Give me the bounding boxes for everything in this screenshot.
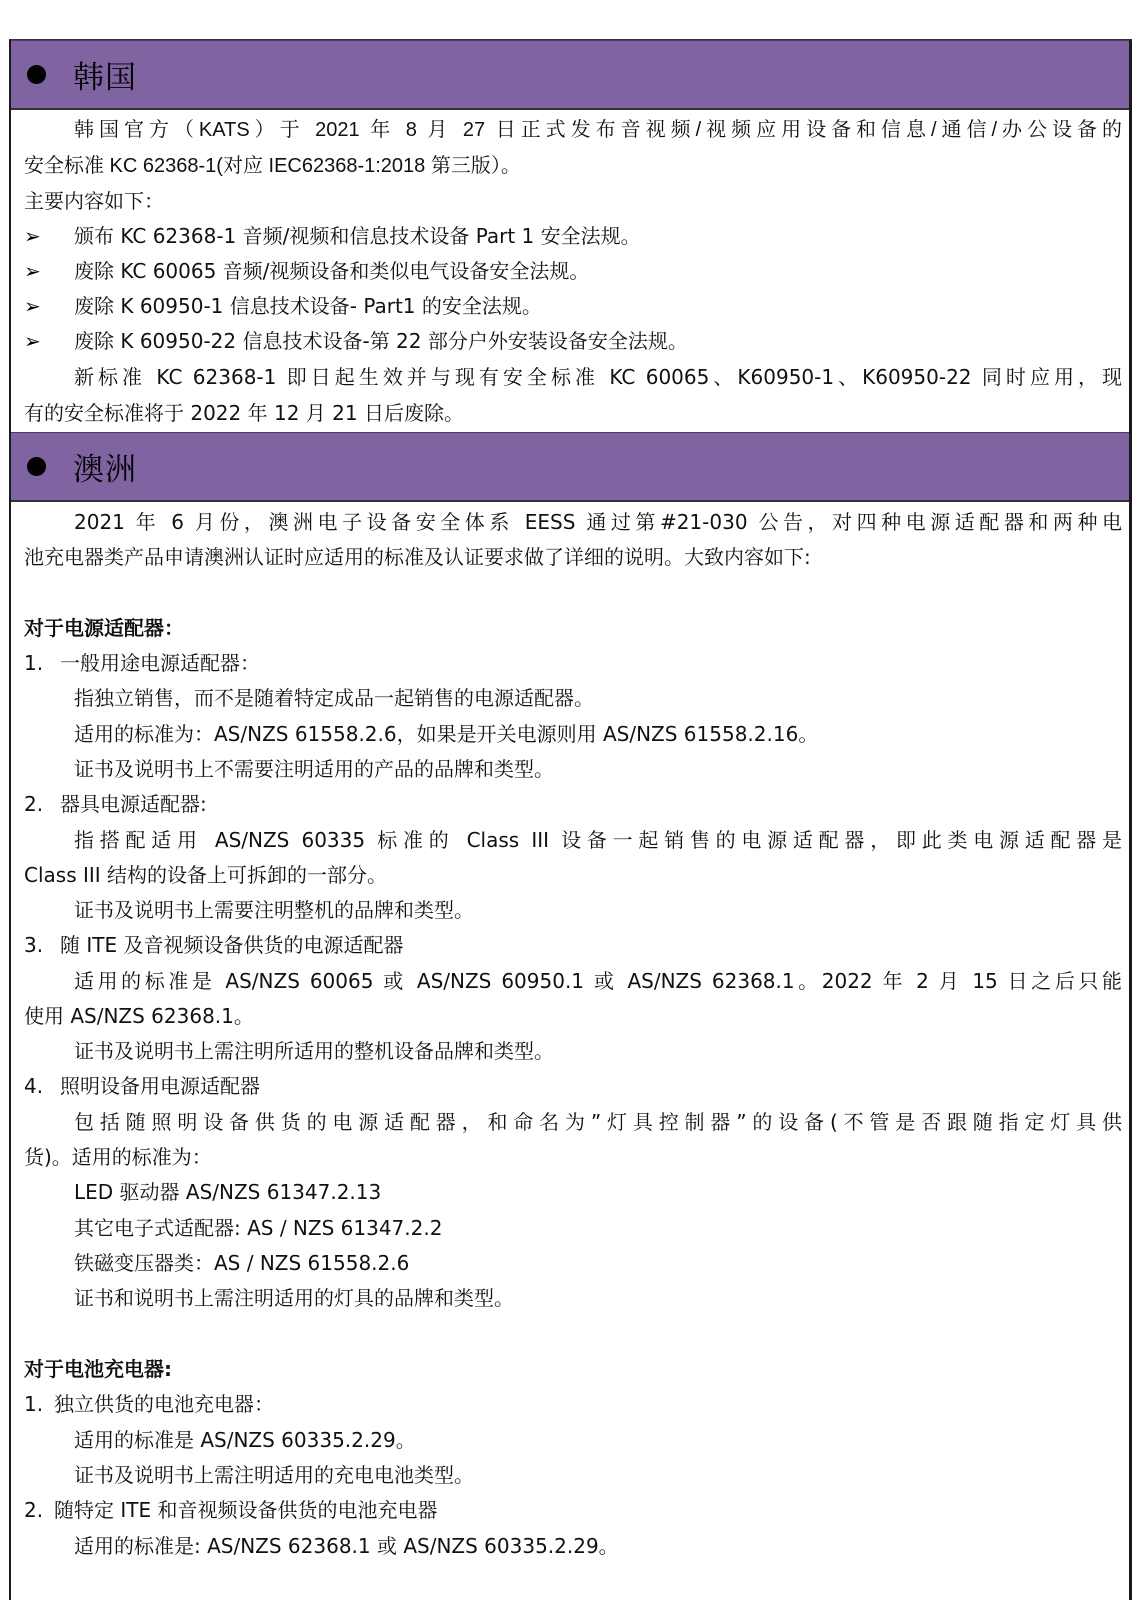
list-item-line: 适用的标准为：AS/NZS 61558.2.6，如果是开关电源则用 AS/NZS…: [74, 720, 818, 748]
list-item-line: 其它电子式适配器: AS / NZS 61347.2.2: [74, 1214, 442, 1242]
paragraph-line: 安全标准 KC 62368-1(对应 IEC62368-1:2018 第三版）。: [24, 152, 521, 180]
list-item-title: 照明设备用电源适配器: [60, 1072, 260, 1100]
list-item-title: 随 ITE 及音视频设备供货的电源适配器: [60, 931, 403, 959]
list-item-line: 证书和说明书上需注明适用的灯具的品牌和类型。: [74, 1284, 514, 1312]
bullet-item: 颁布 KC 62368-1 音频/视频和信息技术设备 Part 1 安全法规。: [74, 222, 641, 250]
list-item-line: 适用的标准是 AS/NZS 60065 或 AS/NZS 60950.1 或 A…: [74, 967, 1122, 995]
subsection-heading: 对于电池充电器:: [24, 1355, 172, 1383]
section-header-australia: 澳洲: [11, 432, 1129, 502]
list-item-line: 证书及说明书上需要注明整机的品牌和类型。: [74, 896, 474, 924]
subsection-heading: 对于电源适配器：: [24, 614, 184, 642]
list-item-line: 适用的标准是 AS/NZS 60335.2.29。: [74, 1426, 416, 1454]
list-item-title: 器具电源适配器:: [60, 790, 207, 818]
list-number: 1.: [24, 649, 43, 677]
paragraph-line: 2021 年 6 月份，澳洲电子设备安全体系 EESS 通过第#21-030 公…: [74, 508, 1122, 536]
list-item-line: 证书及说明书上需注明适用的充电电池类型。: [74, 1461, 474, 1489]
list-item-title: 独立供货的电池充电器：: [54, 1390, 274, 1418]
list-number: 1.: [24, 1390, 43, 1418]
list-item-line: Class III 结构的设备上可拆卸的一部分。: [24, 861, 387, 889]
list-item-title: 随特定 ITE 和音视频设备供货的电池充电器: [54, 1496, 437, 1524]
bullet-item: 废除 K 60950-22 信息技术设备-第 22 部分户外安装设备安全法规。: [74, 327, 688, 355]
list-item-line: 证书及说明书上需注明所适用的整机设备品牌和类型。: [74, 1037, 554, 1065]
paragraph-line: 池充电器类产品申请澳洲认证时应适用的标准及认证要求做了详细的说明。大致内容如下:: [24, 543, 811, 571]
list-item-line: 适用的标准是: AS/NZS 62368.1 或 AS/NZS 60335.2.…: [74, 1532, 619, 1560]
list-item-line: 使用 AS/NZS 62368.1。: [24, 1002, 254, 1030]
paragraph-line: 新标准 KC 62368-1 即日起生效并与现有安全标准 KC 60065、K6…: [74, 363, 1122, 391]
list-item-line: 证书及说明书上不需要注明适用的产品的品牌和类型。: [74, 755, 554, 783]
bullet-item: 废除 K 60950-1 信息技术设备- Part1 的安全法规。: [74, 292, 542, 320]
list-number: 2.: [24, 790, 43, 818]
list-number: 3.: [24, 931, 43, 959]
paragraph-line: 韩国官方（KATS）于 2021 年 8 月 27 日正式发布音视频/视频应用设…: [74, 116, 1122, 144]
paragraph-lead: 主要内容如下：: [24, 187, 164, 215]
bullet-item: 废除 KC 60065 音频/视频设备和类似电气设备安全法规。: [74, 257, 589, 285]
list-item-line: 包括随照明设备供货的电源适配器，和命名为”灯具控制器”的设备(不管是否跟随指定灯…: [74, 1108, 1122, 1136]
section-title: 韩国: [73, 52, 137, 97]
list-item-line: 指搭配适用 AS/NZS 60335 标准的 Class III 设备一起销售的…: [74, 826, 1122, 854]
list-number: 4.: [24, 1072, 43, 1100]
arrow-bullet-icon: ➢: [24, 222, 41, 250]
list-item-line: 指独立销售，而不是随着特定成品一起销售的电源适配器。: [74, 684, 594, 712]
filled-circle-bullet-icon: [27, 457, 46, 476]
arrow-bullet-icon: ➢: [24, 292, 41, 320]
list-item-title: 一般用途电源适配器：: [60, 649, 260, 677]
arrow-bullet-icon: ➢: [24, 257, 41, 285]
arrow-bullet-icon: ➢: [24, 327, 41, 355]
list-item-line: 铁磁变压器类：AS / NZS 61558.2.6: [74, 1249, 409, 1277]
list-item-line: 货)。适用的标准为：: [24, 1143, 212, 1171]
section-header-korea: 韩国: [11, 40, 1129, 110]
filled-circle-bullet-icon: [27, 65, 46, 84]
list-item-line: LED 驱动器 AS/NZS 61347.2.13: [74, 1178, 381, 1206]
paragraph-line: 有的安全标准将于 2022 年 12 月 21 日后废除。: [24, 399, 464, 427]
section-title: 澳洲: [73, 444, 137, 489]
list-number: 2.: [24, 1496, 43, 1524]
